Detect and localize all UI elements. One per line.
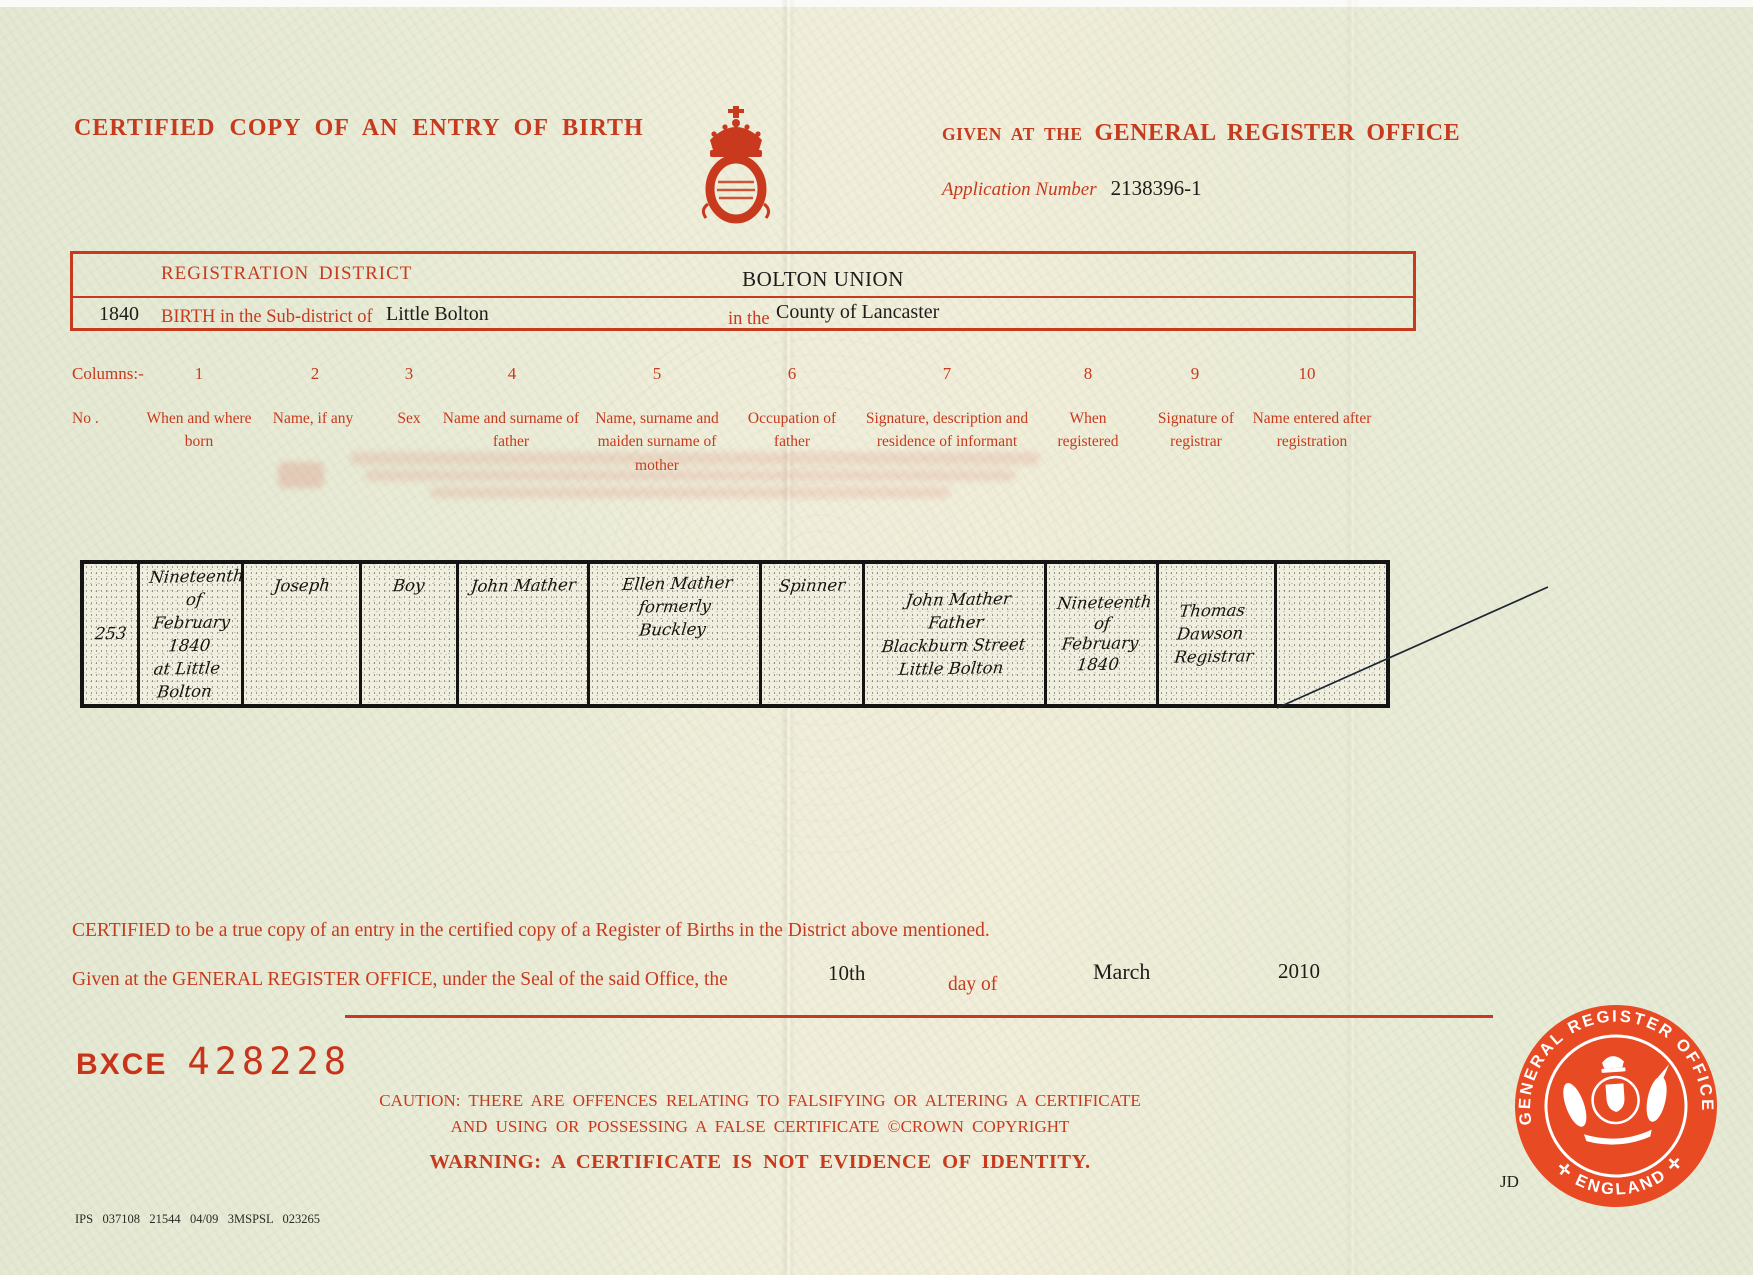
issue-month: March (1093, 959, 1150, 985)
district-year: 1840 (99, 303, 139, 326)
in-the-label: in the (728, 309, 770, 330)
caution-block: CAUTION: THERE ARE OFFENCES RELATING TO … (340, 1088, 1180, 1174)
given-at-prefix: GIVEN AT THE (942, 124, 1083, 144)
record-cell-when-where-born: Nineteenth of February 1840 at Little Bo… (137, 564, 241, 704)
register-entry-table: 253 Nineteenth of February 1840 at Littl… (80, 560, 1390, 708)
show-through-smudge (430, 487, 950, 498)
show-through-smudge (278, 462, 324, 488)
record-cell-informant: John Mather Father Blackburn Street Litt… (862, 564, 1044, 704)
signature-rule (345, 1015, 1493, 1018)
entry-sex: Boy (392, 574, 426, 598)
gro-seal: GENERAL REGISTER OFFICE ✛ ENGLAND ✛ (1501, 991, 1732, 1222)
column-number: 6 (788, 364, 797, 384)
scan-edge (0, 0, 1753, 7)
record-cell-father: John Mather (456, 564, 587, 704)
given-at-office: GENERAL REGISTER OFFICE (1095, 120, 1461, 146)
given-at-line: GIVEN AT THE GENERAL REGISTER OFFICE (942, 120, 1460, 147)
registration-district-box: REGISTRATION DISTRICT BOLTON UNION 1840 … (70, 251, 1416, 331)
column-number: 3 (405, 364, 414, 384)
county-name: County of Lancaster (776, 301, 939, 324)
record-cell-occupation: Spinner (759, 564, 862, 704)
registration-district-label: REGISTRATION DISTRICT (161, 263, 412, 285)
record-cell-when-registered: Nineteenth of February 1840 (1044, 564, 1156, 704)
application-number: Application Number 2138396-1 (942, 176, 1202, 201)
columns-label: Columns:- (72, 364, 144, 384)
column-header-sex: Sex (379, 407, 439, 430)
subdistrict-name: Little Bolton (386, 303, 489, 326)
entry-when-where-born: Nineteenth of February 1840 at Little Bo… (137, 564, 241, 704)
column-header-name-after: Name entered after registration (1247, 407, 1377, 454)
entry-name: Joseph (272, 574, 331, 598)
entry-when-registered: Nineteenth of February 1840 (1050, 592, 1153, 676)
column-number: 2 (311, 364, 320, 384)
column-number: 9 (1191, 364, 1200, 384)
column-header-mother: Name, surname and maiden surname of moth… (577, 407, 737, 477)
column-number: 8 (1084, 364, 1093, 384)
column-number: 10 (1299, 364, 1316, 384)
entry-occupation: Spinner (778, 573, 847, 597)
entry-registrar-signature: Thomas Dawson Registrar (1173, 599, 1259, 670)
serial-number: 428228 (187, 1040, 351, 1083)
column-number: 5 (653, 364, 662, 384)
issue-year: 2010 (1278, 959, 1320, 984)
issue-day: 10th (828, 961, 865, 986)
application-number-value: 2138396-1 (1111, 176, 1202, 200)
document-title: CERTIFIED COPY OF AN ENTRY OF BIRTH (74, 115, 644, 142)
column-header-registrar: Signature of registrar (1141, 407, 1251, 454)
column-header-when-where-born: When and where born (144, 407, 254, 454)
print-codes: IPS 037108 21544 04/09 3MSPSL 023265 (75, 1212, 320, 1227)
record-cell-name: Joseph (241, 564, 359, 704)
record-cell-registrar: Thomas Dawson Registrar (1156, 564, 1274, 704)
birth-subdistrict-label: BIRTH in the Sub-district of (161, 307, 373, 328)
caution-line2: AND USING OR POSSESSING A FALSE CERTIFIC… (340, 1114, 1180, 1140)
column-header-name: Name, if any (253, 407, 373, 430)
certified-statement: CERTIFIED to be a true copy of an entry … (72, 920, 990, 942)
warning-line: WARNING: A CERTIFICATE IS NOT EVIDENCE O… (340, 1151, 1180, 1174)
district-name: BOLTON UNION (742, 267, 904, 292)
entry-informant: John Mather Father Blackburn Street Litt… (878, 587, 1031, 682)
entry-number: 253 (94, 622, 128, 646)
record-cell-mother: Ellen Mather formerly Buckley (587, 564, 759, 704)
record-cell-sex: Boy (359, 564, 456, 704)
serial-prefix: BXCE (76, 1048, 167, 1082)
entry-father: John Mather (469, 573, 576, 598)
day-of-label: day of (948, 974, 997, 996)
certificate-serial: BXCE 428228 (76, 1040, 351, 1083)
column-header-occupation: Occupation of father (737, 407, 847, 454)
column-number: 7 (943, 364, 952, 384)
column-header-when-registered: When registered (1041, 407, 1136, 454)
column-header-informant: Signature, description and residence of … (850, 407, 1045, 454)
column-number: 4 (508, 364, 517, 384)
column-header-no: No . (72, 407, 99, 430)
district-box-divider (73, 296, 1413, 298)
royal-crest-icon (698, 104, 774, 224)
given-at-statement: Given at the GENERAL REGISTER OFFICE, un… (72, 969, 728, 991)
record-cell-no: 253 (84, 564, 137, 704)
application-number-label: Application Number (942, 179, 1097, 200)
entry-mother: Ellen Mather formerly Buckley (616, 571, 733, 642)
birth-certificate-scan: CERTIFIED COPY OF AN ENTRY OF BIRTH GIVE… (0, 0, 1753, 1275)
caution-line1: CAUTION: THERE ARE OFFENCES RELATING TO … (340, 1088, 1180, 1114)
column-number: 1 (195, 364, 204, 384)
record-cell-name-after (1274, 564, 1386, 704)
column-header-father: Name and surname of father (441, 407, 581, 454)
